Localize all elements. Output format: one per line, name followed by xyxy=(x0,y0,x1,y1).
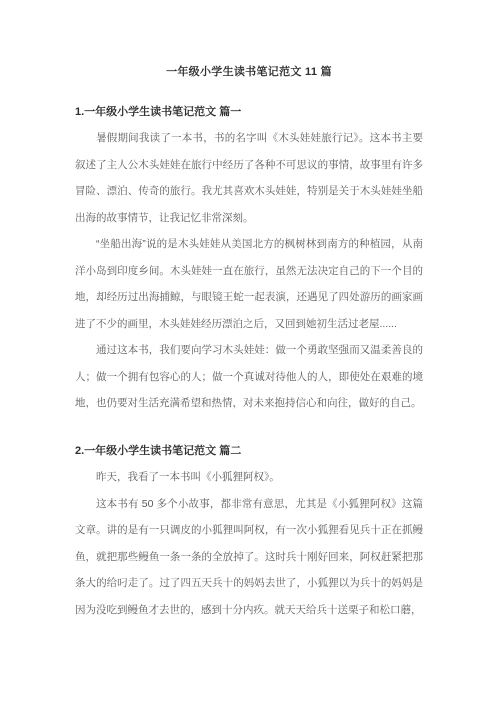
section-2-paragraph-2: 这本书有 50 多个小故事，都非常有意思，尤其是《小狐狸阿权》这篇文章。讲的是有… xyxy=(75,491,423,624)
section-1-paragraph-1: 暑假期间我读了一本书，书的名字叫《木头娃娃旅行记》。这本书主要叙述了主人公木头娃… xyxy=(75,125,423,231)
document-title: 一年级小学生读书笔记范文 11 篇 xyxy=(75,59,423,86)
section-1-paragraph-3: 通过这本书，我们要向学习木头娃娃：做一个勇敢坚强而又温柔善良的人；做一个拥有包容… xyxy=(75,337,423,417)
section-1-heading: 1.一年级小学生读书笔记范文 篇一 xyxy=(75,99,423,126)
essay-section-2: 2.一年级小学生读书笔记范文 篇二 昨天，我看了一本书叫《小狐狸阿权》。 这本书… xyxy=(75,438,423,624)
essay-section-1: 1.一年级小学生读书笔记范文 篇一 暑假期间我读了一本书，书的名字叫《木头娃娃旅… xyxy=(75,99,423,417)
document-page: 一年级小学生读书笔记范文 11 篇 1.一年级小学生读书笔记范文 篇一 暑假期间… xyxy=(0,0,500,707)
section-2-paragraph-1: 昨天，我看了一本书叫《小狐狸阿权》。 xyxy=(75,464,423,491)
section-2-heading: 2.一年级小学生读书笔记范文 篇二 xyxy=(75,438,423,465)
section-1-paragraph-2: “坐船出海”说的是木头娃娃从美国北方的枫树林到南方的种植园，从南洋小岛到印度乡间… xyxy=(75,231,423,337)
